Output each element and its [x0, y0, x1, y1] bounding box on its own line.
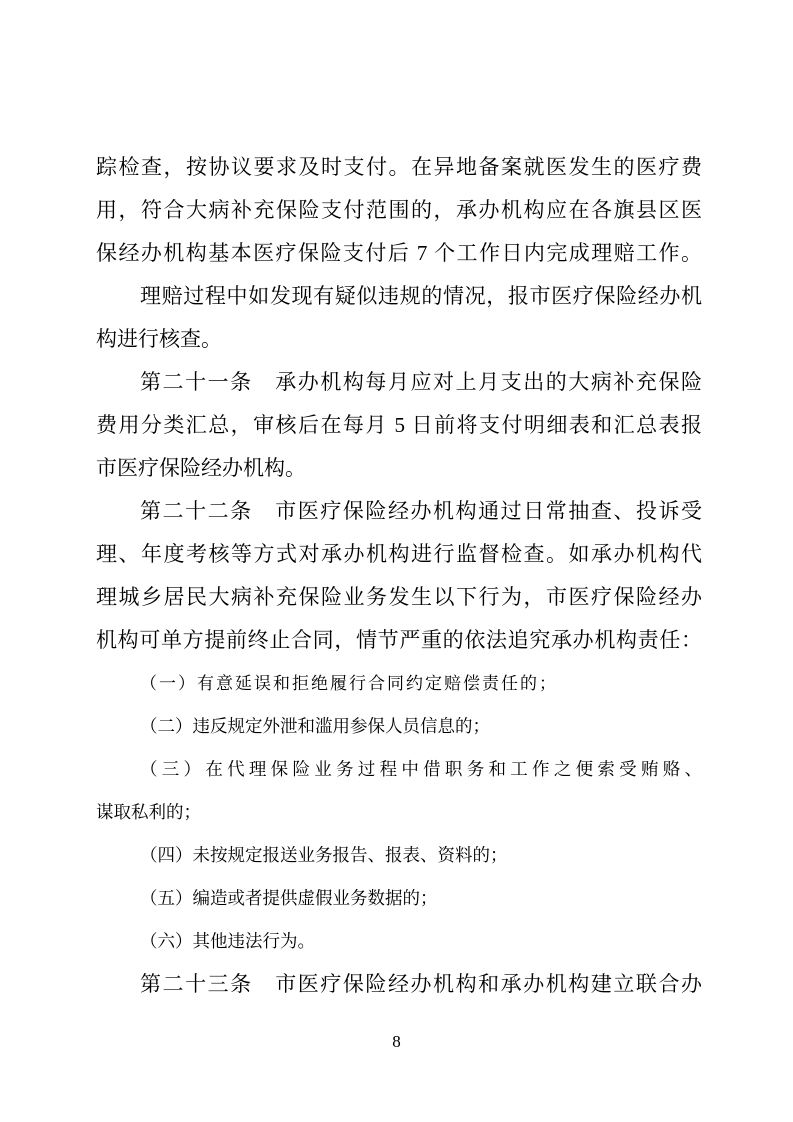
text-line: 第二十三条 市医疗保险经办机构和承办机构建立联合办 [96, 963, 702, 1006]
document-page: 踪检查，按协议要求及时支付。在异地备案就医发生的医疗费用，符合大病补充保险支付范… [0, 0, 793, 1122]
document-body: 踪检查，按协议要求及时支付。在异地备案就医发生的医疗费用，符合大病补充保险支付范… [96, 146, 702, 1006]
text-line: （三）在代理保险业务过程中借职务和工作之便索受贿赂、 [96, 748, 702, 791]
text-line: 机构可单方提前终止合同，情节严重的依法追究承办机构责任： [96, 619, 702, 662]
page-number: 8 [0, 1030, 793, 1054]
text-line: 第二十一条 承办机构每月应对上月支出的大病补充保险 [96, 361, 702, 404]
text-line: 构进行核查。 [96, 318, 702, 361]
text-line: 保经办机构基本医疗保险支付后 7 个工作日内完成理赔工作。 [96, 232, 702, 275]
text-line: 费用分类汇总，审核后在每月 5 日前将支付明细表和汇总表报 [96, 404, 702, 447]
text-line: 理、年度考核等方式对承办机构进行监督检查。如承办机构代 [96, 533, 702, 576]
text-line: 理城乡居民大病补充保险业务发生以下行为，市医疗保险经办 [96, 576, 702, 619]
text-line: 市医疗保险经办机构。 [96, 447, 702, 490]
text-line: （五）编造或者提供虚假业务数据的； [96, 877, 702, 920]
text-line: 用，符合大病补充保险支付范围的，承办机构应在各旗县区医 [96, 189, 702, 232]
text-line: （一）有意延误和拒绝履行合同约定赔偿责任的； [96, 662, 702, 705]
text-line: 踪检查，按协议要求及时支付。在异地备案就医发生的医疗费 [96, 146, 702, 189]
text-line: （四）未按规定报送业务报告、报表、资料的； [96, 834, 702, 877]
text-line: 第二十二条 市医疗保险经办机构通过日常抽查、投诉受 [96, 490, 702, 533]
text-line: 谋取私利的； [96, 791, 702, 834]
text-line: （六）其他违法行为。 [96, 920, 702, 963]
text-line: （二）违反规定外泄和滥用参保人员信息的； [96, 705, 702, 748]
text-line: 理赔过程中如发现有疑似违规的情况，报市医疗保险经办机 [96, 275, 702, 318]
